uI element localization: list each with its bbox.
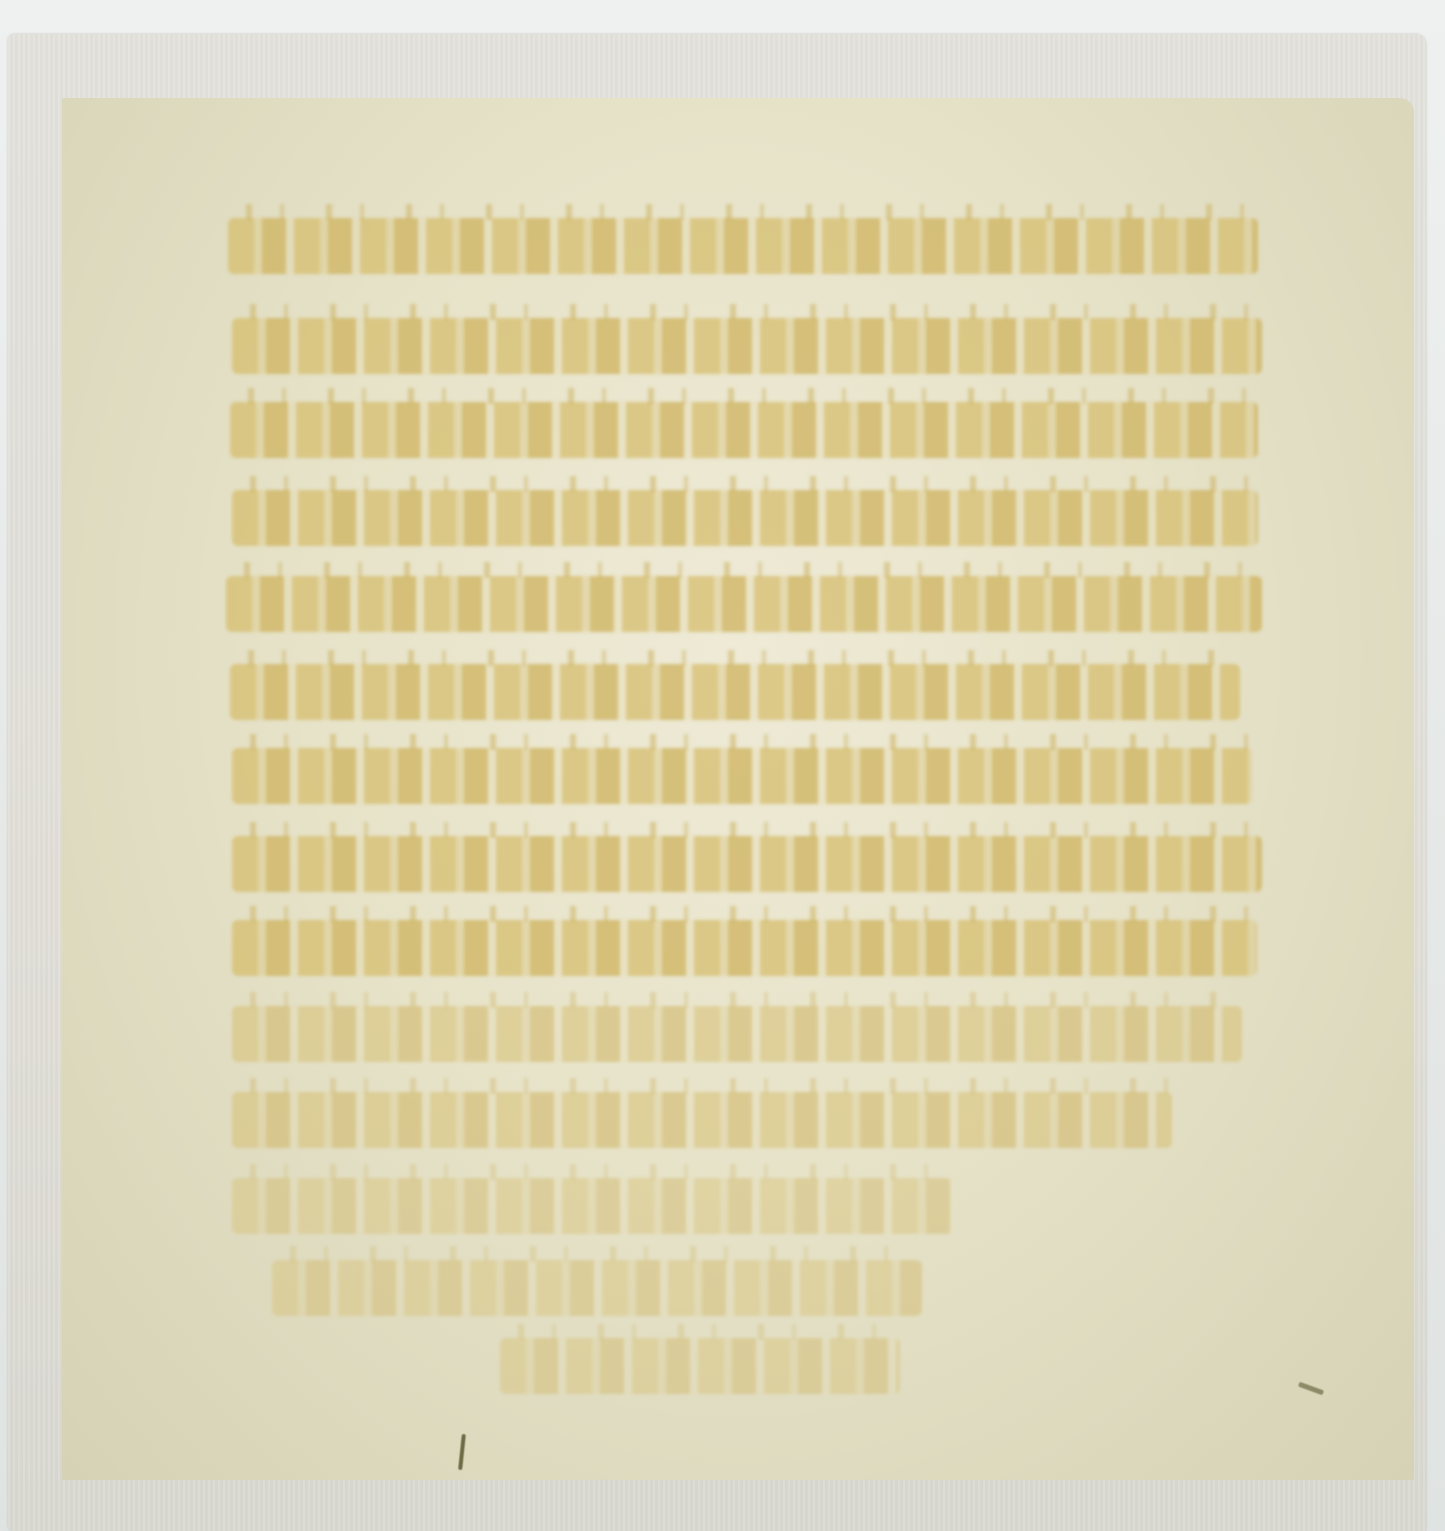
mark-row: [232, 490, 1258, 546]
mark-row: [230, 664, 1240, 720]
mark-row: [230, 402, 1258, 458]
mark-row: [228, 218, 1258, 274]
mark-row: [232, 748, 1252, 804]
mark-row: [232, 1092, 1172, 1148]
mark-row: [232, 1006, 1242, 1062]
mark-row: [232, 1178, 952, 1234]
mark-row: [226, 576, 1262, 632]
mark-row: [500, 1338, 900, 1394]
mark-row: [232, 920, 1257, 976]
mark-row: [232, 318, 1262, 374]
mark-row: [272, 1260, 922, 1316]
mark-row: [232, 836, 1262, 892]
